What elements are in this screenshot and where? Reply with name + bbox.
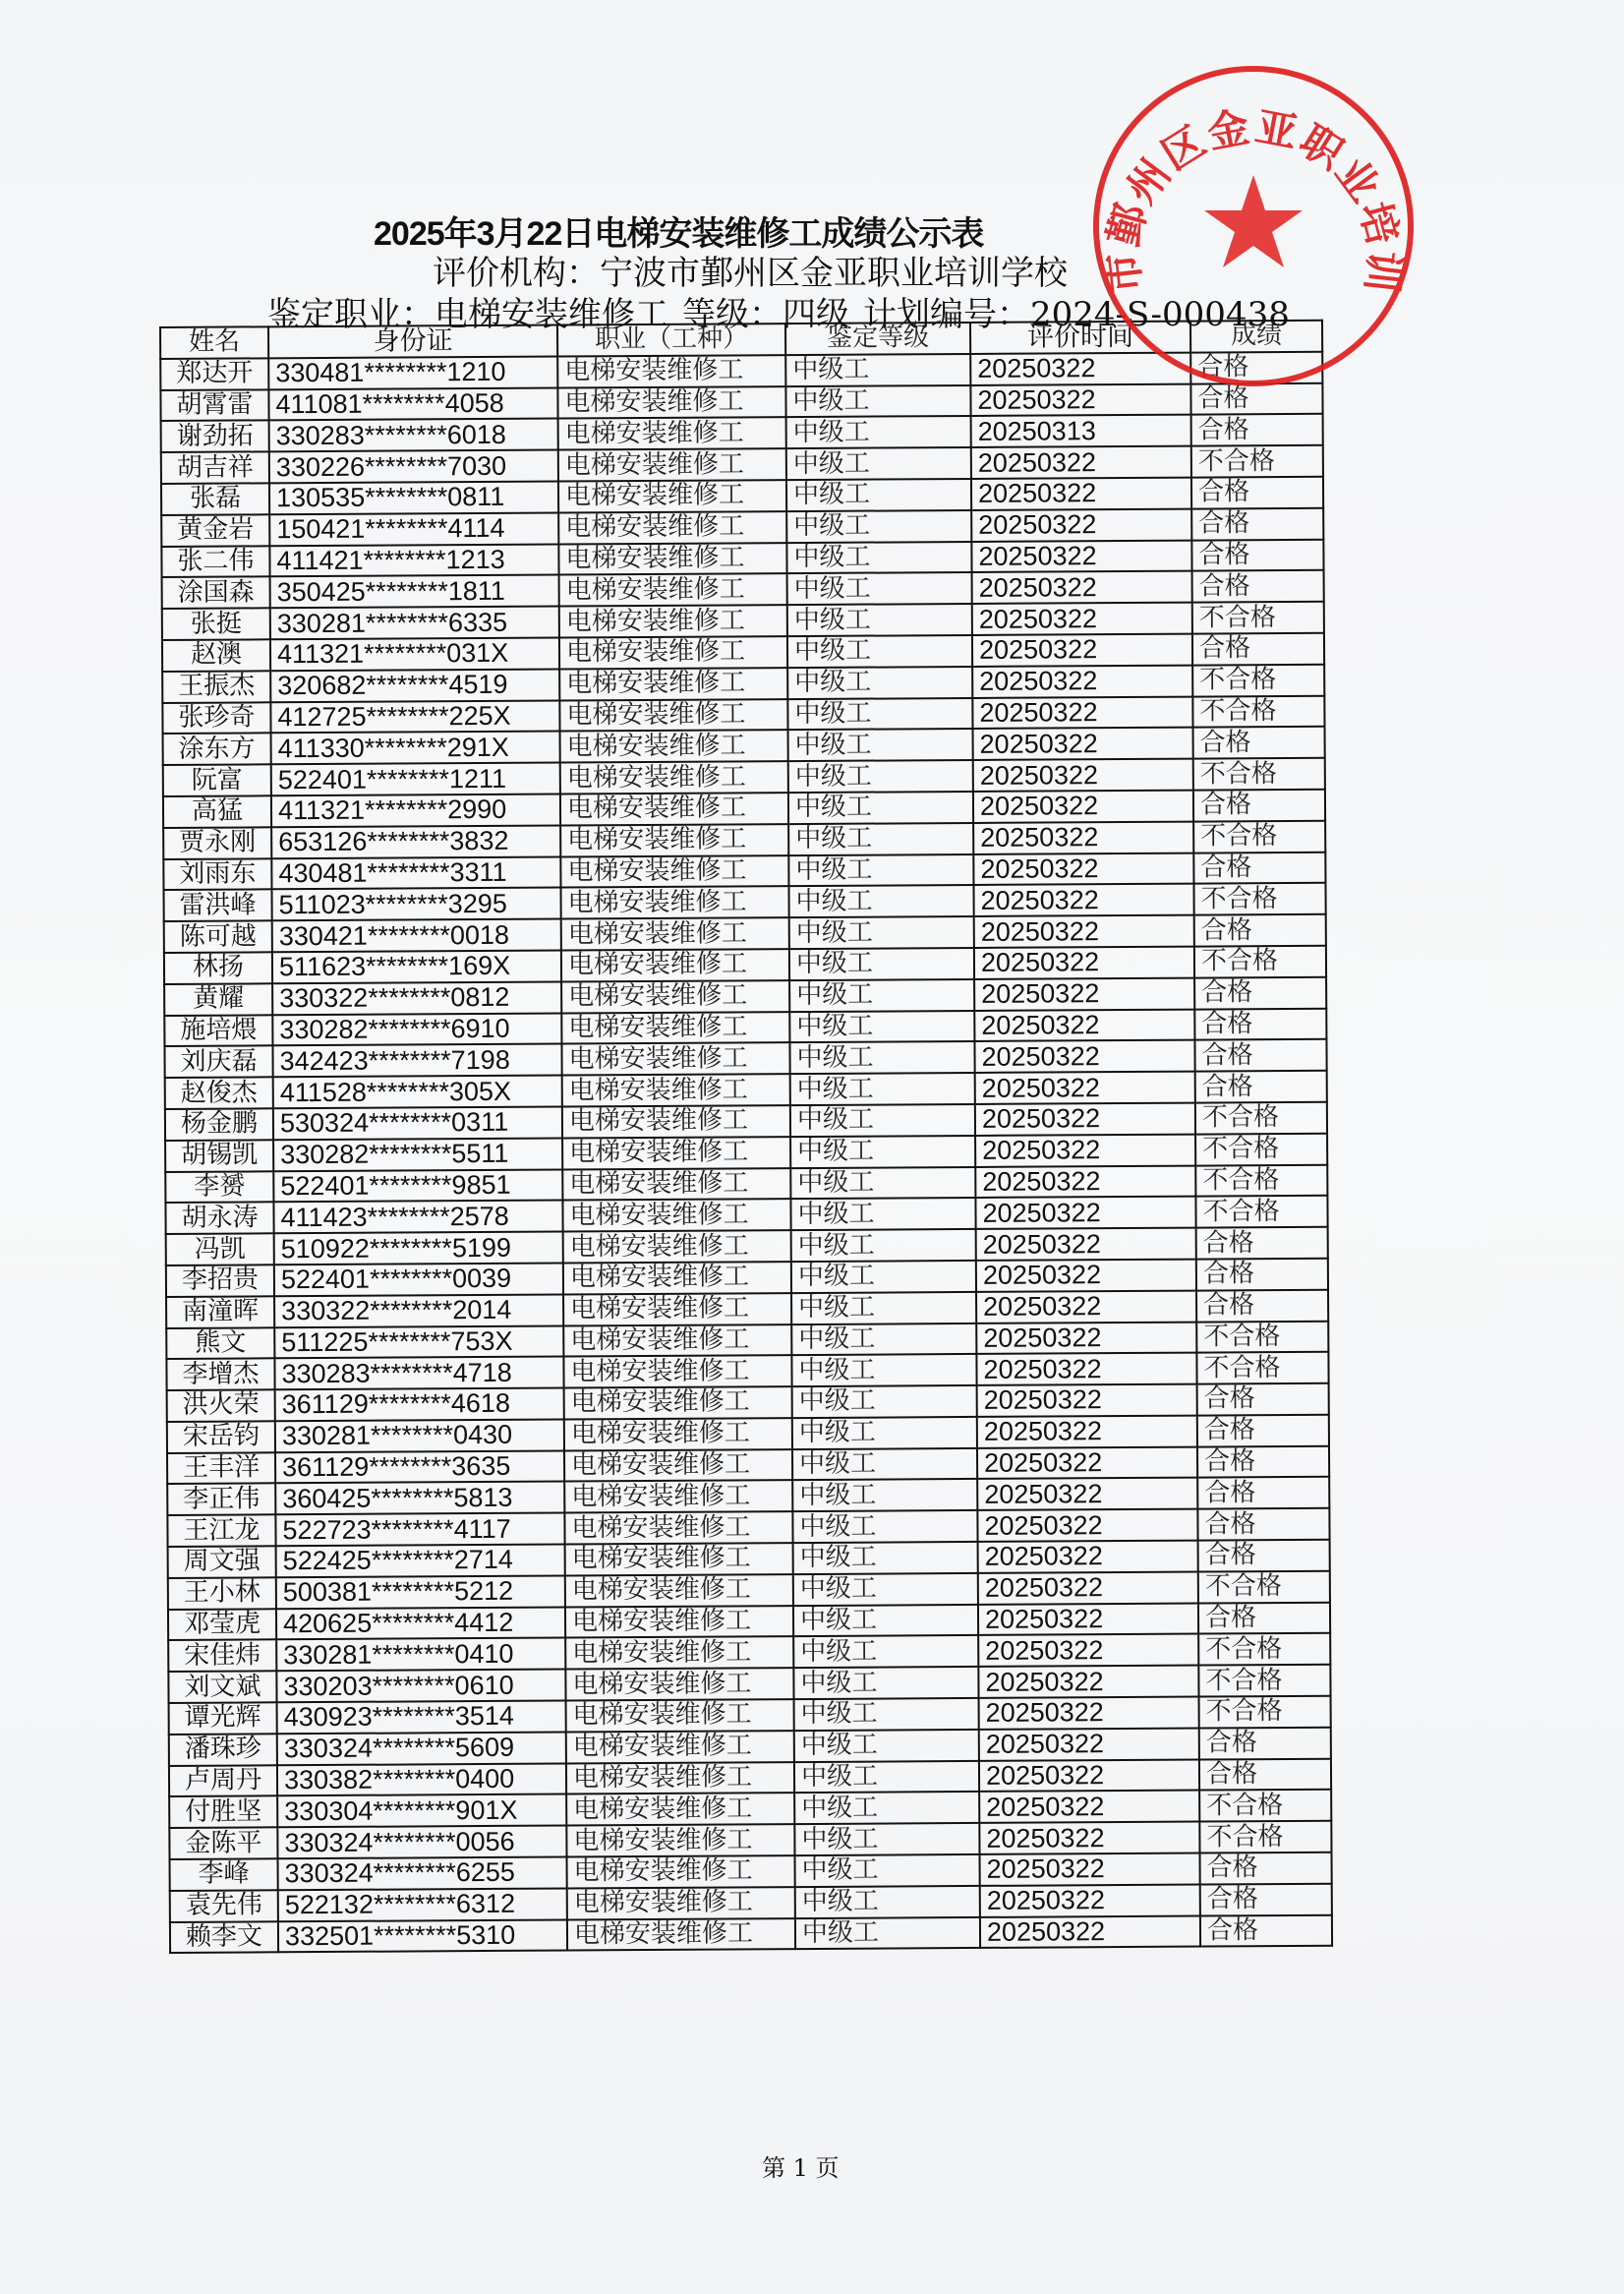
cell-name: 胡永涛: [165, 1203, 273, 1234]
cell-eval-date: 20250322: [976, 1322, 1196, 1354]
cell-name: 阮富: [163, 764, 271, 795]
cell-level: 中级工: [788, 823, 973, 855]
cell-level: 中级工: [792, 1510, 977, 1543]
cell-id-card: 330283********6018: [269, 419, 558, 452]
cell-occupation: 电梯安装维修工: [558, 448, 786, 481]
cell-eval-date: 20250322: [971, 508, 1191, 541]
cell-level: 中级工: [794, 1698, 979, 1731]
cell-result: 合格: [1194, 976, 1326, 1009]
cell-occupation: 电梯安装维修工: [561, 1042, 789, 1075]
cell-occupation: 电梯安装维修工: [567, 1887, 795, 1919]
cell-occupation: 电梯安装维修工: [562, 1199, 790, 1231]
cell-name: 高猛: [163, 795, 271, 827]
cell-eval-date: 20250322: [972, 665, 1192, 697]
cell-result: 合格: [1196, 1227, 1328, 1260]
cell-level: 中级工: [793, 1605, 978, 1637]
cell-occupation: 电梯安装维修工: [564, 1511, 792, 1544]
cell-name: 宋佳炜: [168, 1640, 276, 1672]
cell-result: 合格: [1191, 508, 1323, 541]
cell-name: 张二伟: [161, 546, 269, 577]
cell-result: 不合格: [1198, 1665, 1330, 1697]
cell-occupation: 电梯安装维修工: [565, 1543, 793, 1575]
cell-level: 中级工: [791, 1354, 976, 1386]
cell-result: 不合格: [1199, 1790, 1331, 1822]
cell-id-card: 350425********1811: [270, 575, 559, 609]
cell-occupation: 电梯安装维修工: [557, 386, 785, 419]
cell-eval-date: 20250322: [978, 1571, 1198, 1604]
cell-name: 雷洪峰: [164, 890, 272, 921]
cell-name: 付胜坚: [169, 1796, 277, 1828]
cell-id-card: 430923********3514: [277, 1701, 566, 1735]
cell-name: 胡霄雷: [160, 389, 268, 421]
cell-level: 中级工: [786, 416, 971, 448]
cell-level: 中级工: [790, 1104, 975, 1137]
cell-eval-date: 20250322: [979, 1791, 1199, 1823]
cell-eval-date: 20250322: [974, 977, 1194, 1010]
cell-result: 合格: [1194, 914, 1326, 947]
cell-eval-date: 20250322: [971, 446, 1191, 479]
cell-level: 中级工: [787, 572, 972, 605]
cell-id-card: 522723********4117: [275, 1513, 564, 1547]
cell-eval-date: 20250322: [972, 634, 1192, 667]
cell-eval-date: 20250322: [975, 1197, 1195, 1229]
cell-name: 王江龙: [167, 1515, 275, 1547]
results-table: 姓名 身份证 职业（工种） 鉴定等级 评价时间 成绩 郑达开330481****…: [159, 320, 1333, 1955]
cell-eval-date: 20250322: [977, 1384, 1197, 1417]
cell-eval-date: 20250322: [980, 1884, 1200, 1916]
cell-eval-date: 20250322: [978, 1666, 1198, 1698]
cell-level: 中级工: [795, 1854, 980, 1887]
cell-occupation: 电梯安装维修工: [561, 949, 789, 981]
cell-result: 合格: [1194, 1039, 1326, 1072]
cell-occupation: 电梯安装维修工: [563, 1230, 791, 1263]
header-level: 鉴定等级: [785, 323, 970, 355]
cell-result: 合格: [1197, 1383, 1329, 1416]
cell-occupation: 电梯安装维修工: [559, 636, 787, 669]
cell-id-card: 530324********0311: [273, 1106, 562, 1140]
cell-id-card: 411321********2990: [271, 794, 560, 827]
cell-name: 陈可越: [164, 920, 272, 952]
cell-id-card: 330281********6335: [270, 607, 559, 640]
header-occupation: 职业（工种）: [557, 324, 785, 356]
cell-name: 李峰: [170, 1858, 278, 1890]
cell-level: 中级工: [788, 760, 973, 793]
cell-occupation: 电梯安装维修工: [562, 1168, 790, 1201]
cell-id-card: 522132********6312: [278, 1888, 567, 1921]
cell-level: 中级工: [788, 853, 973, 886]
cell-result: 不合格: [1199, 1696, 1331, 1729]
cell-occupation: 电梯安装维修工: [563, 1355, 791, 1387]
cell-level: 中级工: [787, 635, 972, 668]
cell-id-card: 330281********0410: [276, 1638, 565, 1672]
cell-id-card: 411321********031X: [270, 637, 559, 671]
cell-name: 胡吉祥: [161, 452, 269, 484]
cell-name: 黄耀: [164, 983, 272, 1015]
cell-eval-date: 20250322: [978, 1603, 1198, 1635]
cell-level: 中级工: [794, 1792, 979, 1824]
cell-id-card: 330203********0610: [276, 1670, 565, 1703]
cell-eval-date: 20250322: [977, 1478, 1197, 1510]
cell-name: 贾永刚: [163, 827, 271, 858]
cell-eval-date: 20250322: [978, 1541, 1198, 1573]
cell-name: 金陈平: [169, 1828, 277, 1859]
cell-eval-date: 20250322: [974, 1009, 1194, 1041]
cell-eval-date: 20250322: [972, 696, 1192, 729]
cell-eval-date: 20250322: [979, 1697, 1199, 1730]
cell-occupation: 电梯安装维修工: [564, 1386, 792, 1419]
cell-occupation: 电梯安装维修工: [560, 824, 788, 856]
cell-level: 中级工: [785, 385, 970, 418]
cell-id-card: 511225********753X: [274, 1325, 563, 1359]
cell-level: 中级工: [791, 1292, 976, 1324]
cell-name: 刘文斌: [168, 1672, 276, 1703]
cell-result: 合格: [1197, 1477, 1329, 1509]
cell-level: 中级工: [785, 354, 970, 386]
cell-occupation: 电梯安装维修工: [563, 1293, 791, 1325]
cell-level: 中级工: [788, 729, 973, 761]
cell-level: 中级工: [790, 1136, 975, 1168]
cell-result: 合格: [1197, 1445, 1329, 1478]
cell-result: 合格: [1191, 414, 1323, 446]
cell-id-card: 522425********2714: [276, 1545, 565, 1578]
cell-occupation: 电梯安装维修工: [565, 1637, 793, 1670]
cell-occupation: 电梯安装维修工: [560, 793, 788, 825]
official-seal-icon: 宁波市鄞州区金亚职业培训学校: [1086, 59, 1421, 393]
cell-level: 中级工: [795, 1917, 980, 1950]
cell-level: 中级工: [793, 1573, 978, 1606]
cell-name: 赖李文: [170, 1921, 278, 1953]
cell-level: 中级工: [794, 1823, 979, 1855]
cell-id-card: 522401********0039: [274, 1263, 563, 1296]
cell-eval-date: 20250322: [973, 791, 1193, 823]
cell-occupation: 电梯安装维修工: [557, 355, 785, 387]
cell-level: 中级工: [794, 1730, 979, 1762]
cell-eval-date: 20250322: [978, 1634, 1198, 1667]
cell-name: 张磊: [161, 483, 269, 514]
cell-result: 不合格: [1194, 946, 1326, 978]
seal-text: 宁波市鄞州区金亚职业培训学校: [1086, 59, 1409, 296]
cell-eval-date: 20250322: [972, 571, 1192, 604]
cell-name: 胡锡凯: [165, 1140, 273, 1171]
cell-id-card: 430481********3311: [271, 856, 560, 890]
cell-name: 杨金鹏: [165, 1108, 273, 1140]
cell-name: 宋岳钧: [167, 1421, 275, 1452]
cell-level: 中级工: [791, 1323, 976, 1355]
cell-eval-date: 20250322: [979, 1728, 1199, 1760]
cell-level: 中级工: [789, 1010, 974, 1042]
cell-level: 中级工: [793, 1667, 978, 1699]
cell-name: 王振杰: [162, 671, 270, 702]
cell-id-card: 330281********0430: [275, 1419, 564, 1452]
cell-id-card: 330304********901X: [277, 1794, 566, 1828]
cell-id-card: 330322********2014: [274, 1294, 563, 1327]
cell-result: 合格: [1195, 1071, 1327, 1103]
cell-name: 郑达开: [160, 358, 268, 389]
cell-level: 中级工: [786, 510, 971, 543]
cell-id-card: 332501********5310: [278, 1919, 567, 1953]
cell-name: 谢劲拓: [161, 421, 269, 452]
cell-id-card: 330481********1210: [268, 356, 557, 389]
cell-id-card: 411081********4058: [268, 387, 557, 421]
cell-eval-date: 20250322: [975, 1165, 1195, 1198]
page-number: 第 1 页: [762, 2148, 840, 2183]
cell-result: 不合格: [1195, 1133, 1327, 1165]
cell-result: 不合格: [1199, 1821, 1331, 1853]
cell-id-card: 412725********225X: [270, 700, 559, 734]
cell-result: 合格: [1192, 633, 1324, 666]
cell-occupation: 电梯安装维修工: [564, 1481, 792, 1513]
cell-result: 不合格: [1193, 821, 1325, 853]
cell-result: 合格: [1194, 1008, 1326, 1040]
cell-name: 王丰洋: [167, 1452, 275, 1484]
cell-occupation: 电梯安装维修工: [562, 1137, 790, 1169]
cell-eval-date: 20250322: [973, 821, 1193, 853]
cell-eval-date: 20250322: [977, 1446, 1197, 1479]
cell-eval-date: 20250322: [971, 540, 1191, 572]
cell-eval-date: 20250313: [971, 415, 1191, 447]
cell-result: 不合格: [1196, 1321, 1328, 1353]
cell-occupation: 电梯安装维修工: [565, 1606, 793, 1638]
cell-level: 中级工: [789, 916, 974, 949]
cell-occupation: 电梯安装维修工: [567, 1918, 795, 1951]
cell-id-card: 330382********0400: [277, 1763, 566, 1796]
cell-level: 中级工: [795, 1886, 980, 1918]
cell-result: 合格: [1199, 1728, 1331, 1760]
cell-occupation: 电梯安装维修工: [559, 699, 787, 732]
cell-level: 中级工: [786, 479, 971, 511]
cell-level: 中级工: [790, 1166, 975, 1199]
cell-occupation: 电梯安装维修工: [563, 1262, 791, 1294]
header-name: 姓名: [160, 326, 268, 358]
cell-occupation: 电梯安装维修工: [564, 1418, 792, 1450]
cell-occupation: 电梯安装维修工: [566, 1794, 794, 1826]
cell-result: 不合格: [1198, 1633, 1330, 1666]
cell-occupation: 电梯安装维修工: [562, 1074, 790, 1106]
cell-name: 李增杰: [166, 1359, 274, 1390]
cell-eval-date: 20250322: [980, 1853, 1200, 1886]
cell-name: 李招贵: [166, 1265, 274, 1296]
cell-id-card: 522401********9851: [273, 1169, 562, 1203]
cell-name: 邓莹虎: [168, 1609, 276, 1640]
cell-name: 张挺: [162, 608, 270, 639]
cell-occupation: 电梯安装维修工: [565, 1574, 793, 1607]
cell-occupation: 电梯安装维修工: [566, 1699, 794, 1732]
cell-name: 张珍奇: [162, 702, 270, 734]
cell-eval-date: 20250322: [975, 1102, 1195, 1135]
cell-name: 赵俊杰: [165, 1077, 273, 1108]
cell-result: 合格: [1198, 1540, 1330, 1572]
cell-occupation: 电梯安装维修工: [561, 980, 789, 1013]
cell-occupation: 电梯安装维修工: [566, 1731, 794, 1763]
cell-name: 刘雨东: [163, 858, 271, 890]
cell-occupation: 电梯安装维修工: [566, 1762, 794, 1794]
cell-result: 合格: [1197, 1415, 1329, 1447]
cell-level: 中级工: [794, 1761, 979, 1794]
cell-id-card: 330283********4718: [274, 1357, 563, 1390]
cell-occupation: 电梯安装维修工: [559, 668, 787, 700]
cell-occupation: 电梯安装维修工: [565, 1668, 793, 1700]
cell-occupation: 电梯安装维修工: [559, 605, 787, 637]
cell-eval-date: 20250322: [972, 603, 1192, 635]
cell-eval-date: 20250322: [973, 853, 1193, 885]
cell-level: 中级工: [790, 1198, 975, 1230]
cell-name: 涂东方: [163, 734, 271, 765]
cell-name: 林扬: [164, 952, 272, 983]
cell-result: 合格: [1191, 539, 1323, 571]
svg-text:宁波市鄞州区金亚职业培训学校: 宁波市鄞州区金亚职业培训学校: [1086, 59, 1409, 296]
cell-occupation: 电梯安装维修工: [558, 543, 786, 575]
cell-id-card: 130535********0811: [269, 482, 558, 515]
cell-name: 潘珠珍: [169, 1734, 277, 1765]
cell-id-card: 330324********0056: [277, 1826, 566, 1859]
cell-name: 赵澳: [162, 639, 270, 671]
table-row: 赖李文332501********5310电梯安装维修工中级工20250322合…: [170, 1914, 1332, 1953]
header-id-card: 身份证: [268, 325, 557, 359]
cell-id-card: 411423********2578: [273, 1201, 562, 1234]
cell-result: 不合格: [1191, 445, 1323, 478]
cell-id-card: 510922********5199: [274, 1232, 563, 1265]
cell-eval-date: 20250322: [975, 1072, 1195, 1104]
cell-id-card: 330282********5511: [273, 1138, 562, 1171]
cell-eval-date: 20250322: [973, 759, 1193, 792]
cell-occupation: 电梯安装维修工: [558, 480, 786, 512]
cell-id-card: 420625********4412: [276, 1607, 565, 1640]
cell-name: 刘庆磊: [164, 1046, 272, 1078]
cell-level: 中级工: [789, 948, 974, 980]
cell-id-card: 511023********3295: [272, 888, 561, 921]
cell-eval-date: 20250322: [977, 1415, 1197, 1447]
cell-result: 不合格: [1196, 1352, 1328, 1384]
cell-occupation: 电梯安装维修工: [560, 886, 788, 918]
cell-id-card: 330226********7030: [269, 450, 558, 484]
cell-occupation: 电梯安装维修工: [560, 761, 788, 794]
cell-occupation: 电梯安装维修工: [559, 573, 787, 606]
cell-level: 中级工: [792, 1417, 977, 1449]
cell-level: 中级工: [791, 1261, 976, 1293]
cell-occupation: 电梯安装维修工: [561, 917, 789, 950]
cell-occupation: 电梯安装维修工: [566, 1824, 794, 1856]
cell-occupation: 电梯安装维修工: [560, 730, 788, 762]
cell-level: 中级工: [792, 1448, 977, 1481]
cell-result: 合格: [1196, 1289, 1328, 1322]
cell-result: 不合格: [1198, 1571, 1330, 1604]
cell-result: 合格: [1191, 477, 1323, 509]
cell-level: 中级工: [789, 1041, 974, 1074]
cell-level: 中级工: [786, 447, 971, 480]
cell-level: 中级工: [787, 698, 972, 731]
cell-result: 合格: [1200, 1884, 1332, 1916]
cell-name: 王小林: [168, 1577, 276, 1609]
cell-id-card: 500381********5212: [276, 1575, 565, 1609]
cell-level: 中级工: [793, 1542, 978, 1574]
cell-level: 中级工: [788, 885, 973, 917]
cell-name: 涂国森: [162, 577, 270, 609]
cell-level: 中级工: [792, 1385, 977, 1418]
cell-occupation: 电梯安装维修工: [562, 1105, 790, 1138]
cell-eval-date: 20250322: [971, 478, 1191, 510]
cell-result: 不合格: [1195, 1102, 1327, 1135]
cell-occupation: 电梯安装维修工: [561, 1012, 789, 1044]
cell-id-card: 320682********4519: [270, 669, 559, 702]
cell-id-card: 360425********5813: [275, 1482, 564, 1515]
cell-id-card: 522401********1211: [271, 763, 560, 796]
table-body: 郑达开330481********1210电梯安装维修工中级工20250322合…: [160, 352, 1332, 1954]
seal-star-icon: [1204, 175, 1303, 267]
cell-name: 南潼晖: [166, 1296, 274, 1327]
cell-id-card: 330282********6910: [272, 1013, 561, 1046]
cell-eval-date: 20250322: [979, 1822, 1199, 1854]
cell-name: 谭光辉: [169, 1702, 277, 1734]
cell-name: 卢周丹: [169, 1765, 277, 1796]
cell-result: 不合格: [1193, 883, 1325, 915]
cell-eval-date: 20250322: [974, 1040, 1194, 1073]
cell-occupation: 电梯安装维修工: [560, 855, 788, 888]
cell-result: 合格: [1193, 852, 1325, 884]
cell-eval-date: 20250322: [977, 1509, 1197, 1542]
cell-level: 中级工: [789, 979, 974, 1012]
cell-result: 合格: [1193, 727, 1325, 759]
cell-name: 熊文: [166, 1327, 274, 1359]
cell-name: 黄金岩: [161, 514, 269, 546]
cell-result: 合格: [1200, 1853, 1332, 1885]
cell-result: 不合格: [1195, 1196, 1327, 1228]
cell-id-card: 411421********1213: [269, 544, 558, 577]
cell-level: 中级工: [792, 1479, 977, 1511]
cell-eval-date: 20250322: [973, 884, 1193, 916]
cell-eval-date: 20250322: [974, 947, 1194, 979]
cell-level: 中级工: [787, 604, 972, 636]
cell-level: 中级工: [787, 667, 972, 699]
cell-level: 中级工: [791, 1229, 976, 1262]
cell-name: 周文强: [168, 1546, 276, 1577]
cell-level: 中级工: [793, 1635, 978, 1668]
cell-name: 袁先伟: [170, 1890, 278, 1921]
cell-result: 不合格: [1192, 695, 1324, 728]
cell-result: 合格: [1193, 790, 1325, 822]
cell-result: 不合格: [1195, 1164, 1327, 1197]
cell-eval-date: 20250322: [979, 1759, 1199, 1792]
cell-id-card: 330421********0018: [272, 919, 561, 953]
cell-eval-date: 20250322: [976, 1353, 1196, 1385]
cell-id-card: 411528********305X: [273, 1076, 562, 1109]
cell-id-card: 342423********7198: [272, 1044, 561, 1078]
cell-result: 合格: [1199, 1758, 1331, 1791]
cell-id-card: 653126********3832: [271, 825, 560, 858]
cell-result: 不合格: [1192, 602, 1324, 634]
cell-result: 合格: [1200, 1914, 1332, 1947]
cell-result: 合格: [1192, 570, 1324, 603]
cell-result: 合格: [1197, 1508, 1329, 1541]
cell-id-card: 511623********169X: [272, 950, 561, 983]
cell-id-card: 330322********0812: [272, 981, 561, 1015]
cell-id-card: 361129********3635: [275, 1450, 564, 1484]
cell-id-card: 150421********4114: [269, 512, 558, 546]
cell-result: 合格: [1198, 1602, 1330, 1634]
cell-eval-date: 20250322: [973, 728, 1193, 760]
scanned-page: 2025年3月22日电梯安装维修工成绩公示表 评价机构：宁波市鄞州区金亚职业培训…: [0, 0, 1624, 2294]
cell-occupation: 电梯安装维修工: [563, 1324, 791, 1357]
cell-eval-date: 20250322: [980, 1915, 1200, 1948]
cell-result: 不合格: [1193, 758, 1325, 791]
cell-level: 中级工: [786, 542, 971, 574]
cell-result: 合格: [1196, 1259, 1328, 1291]
cell-eval-date: 20250322: [976, 1290, 1196, 1323]
cell-eval-date: 20250322: [976, 1259, 1196, 1291]
cell-eval-date: 20250322: [976, 1228, 1196, 1261]
cell-id-card: 330324********5609: [277, 1732, 566, 1765]
cell-eval-date: 20250322: [975, 1134, 1195, 1166]
cell-eval-date: 20250322: [974, 915, 1194, 948]
